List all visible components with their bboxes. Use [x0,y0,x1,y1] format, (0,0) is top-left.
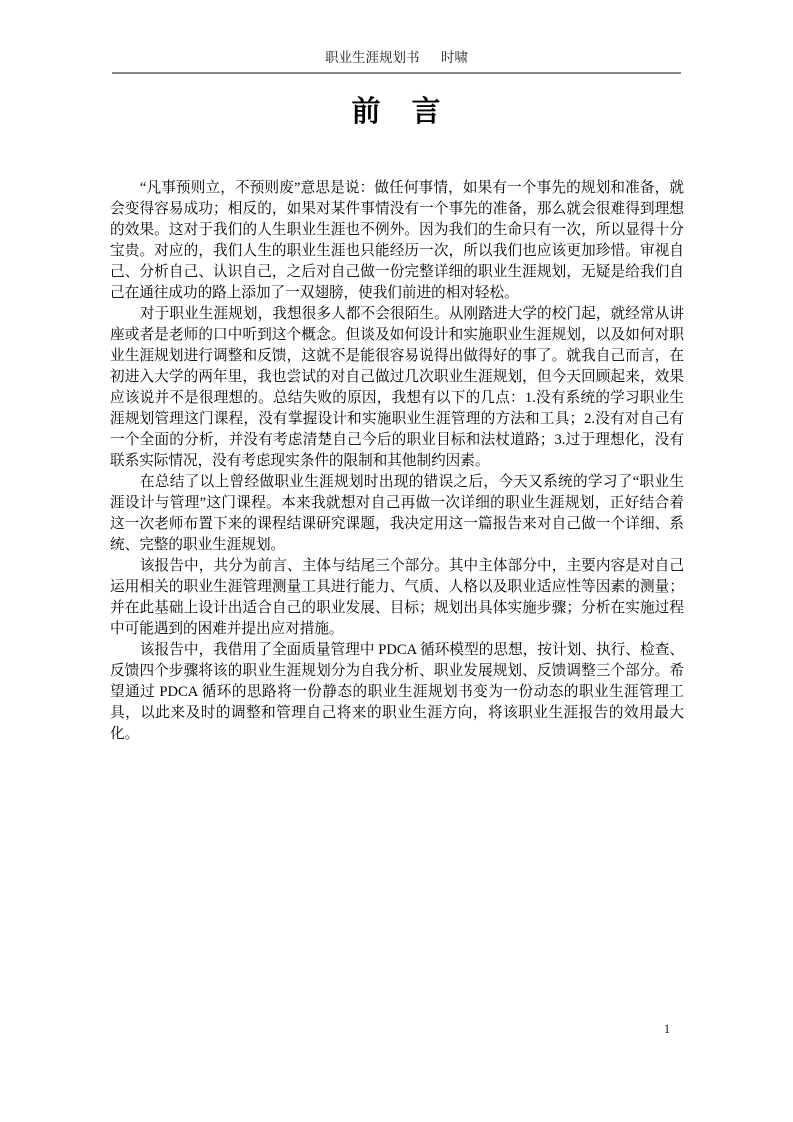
paragraph-3: 在总结了以上曾经做职业生涯规划时出现的错误之后，今天又系统的学习了“职业生涯设计… [110,472,684,556]
preface-title: 前 言 [0,94,793,131]
paragraph-2: 对于职业生涯规划，我想很多人都不会很陌生。从刚踏进大学的校门起，就经常从讲座或者… [110,304,684,472]
paragraph-5: 该报告中，我借用了全面质量管理中 PDCA 循环模型的思想，按计划、执行、检查、… [110,640,684,745]
document-page: 职业生涯规划书时啸 前 言 “凡事预则立，不预则废”意思是说：做任何事情，如果有… [0,0,793,1122]
header-doc-title: 职业生涯规划书 [325,50,420,65]
paragraph-1: “凡事预则立，不预则废”意思是说：做任何事情，如果有一个事先的规划和准备，就会变… [110,178,684,304]
paragraph-4: 该报告中，共分为前言、主体与结尾三个部分。其中主体部分中，主要内容是对自己运用相… [110,556,684,640]
header-author-name: 时啸 [441,50,468,65]
preface-body: “凡事预则立，不预则废”意思是说：做任何事情，如果有一个事先的规划和准备，就会变… [110,178,684,745]
page-header: 职业生涯规划书时啸 [112,50,681,74]
page-number: 1 [654,1022,680,1037]
